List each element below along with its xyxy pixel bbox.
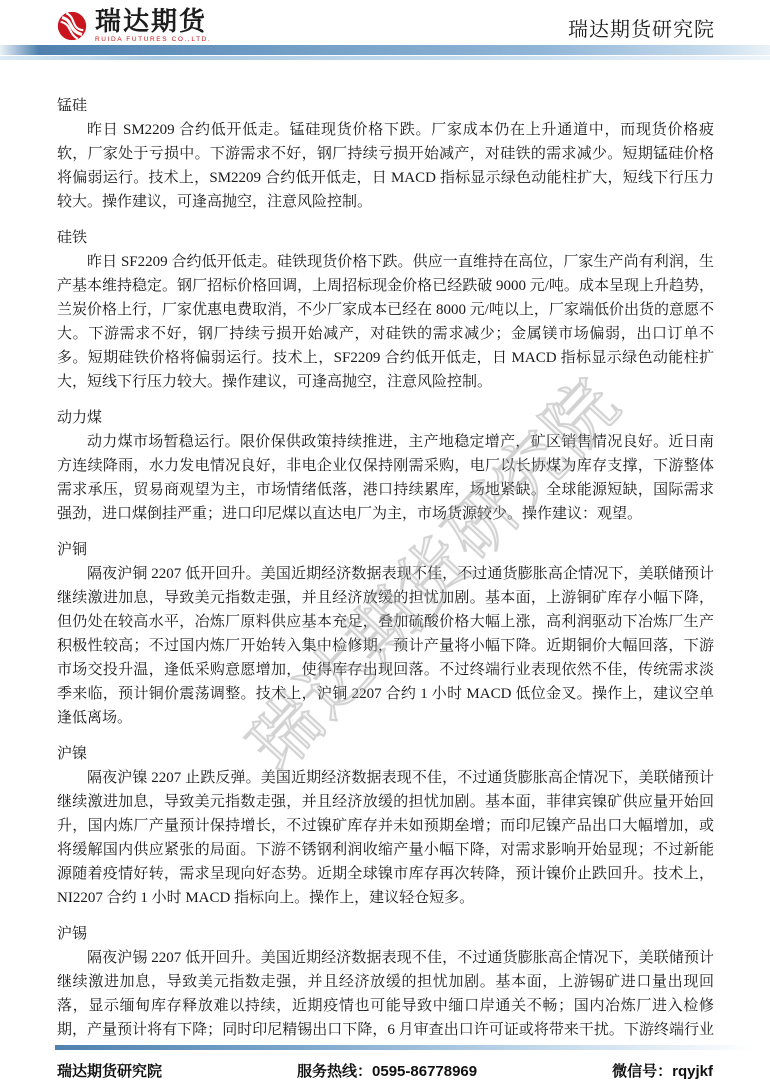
report-header: 瑞达期货 RUIDA FUTURES CO.,LTD. 瑞达期货研究院 [0,0,770,45]
section-paragraph: 隔夜沪铜 2207 低开回升。美国近期经济数据表现不佳，不过通货膨胀高企情况下，… [57,562,714,730]
section-heading: 沪铜 [57,538,714,562]
section-manganese-silicon: 锰硅 昨日 SM2209 合约低开低走。锰硅现货价格下跌。厂家成本仍在上升通道中… [57,94,714,214]
header-divider-main-band [0,45,770,55]
section-heading: 动力煤 [57,406,714,430]
section-paragraph: 昨日 SF2209 合约低开低走。硅铁现货价格下跌。供应一直维持在高位，厂家生产… [57,250,714,394]
footer-hotline-number: 0595-86778969 [372,1063,477,1080]
brand-text-block: 瑞达期货 RUIDA FUTURES CO.,LTD. [95,8,211,43]
report-footer: 瑞达期货研究院 服务热线：0595-86778969 微信号：rqyjkf [0,1045,770,1089]
footer-wechat-id: rqyjkf [672,1063,713,1080]
brand-subtitle: RUIDA FUTURES CO.,LTD. [95,36,211,43]
section-shanghai-nickel: 沪镍 隔夜沪镍 2207 止跌反弹。美国近期经济数据表现不佳，不过通货膨胀高企情… [57,742,714,910]
brand-logo: 瑞达期货 RUIDA FUTURES CO.,LTD. [55,8,211,43]
footer-wechat: 微信号：rqyjkf [612,1060,713,1081]
section-heading: 硅铁 [57,226,714,250]
footer-row: 瑞达期货研究院 服务热线：0595-86778969 微信号：rqyjkf [0,1050,770,1081]
section-paragraph: 昨日 SM2209 合约低开低走。锰硅现货价格下跌。厂家成本仍在上升通道中，而现… [57,118,714,214]
footer-hotline-label: 服务热线： [297,1063,372,1080]
section-paragraph: 隔夜沪镍 2207 止跌反弹。美国近期经济数据表现不佳，不过通货膨胀高企情况下，… [57,766,714,910]
brand-name: 瑞达期货 [95,8,211,34]
section-thermal-coal: 动力煤 动力煤市场暂稳运行。限价保供政策持续推进，主产地稳定增产，矿区销售情况良… [57,406,714,526]
report-body: 锰硅 昨日 SM2209 合约低开低走。锰硅现货价格下跌。厂家成本仍在上升通道中… [0,60,770,1089]
section-heading: 锰硅 [57,94,714,118]
section-paragraph: 动力煤市场暂稳运行。限价保供政策持续推进，主产地稳定增产，矿区销售情况良好。近日… [57,430,714,526]
footer-institute: 瑞达期货研究院 [57,1060,162,1081]
ruida-logo-icon [55,9,89,43]
section-heading: 沪镍 [57,742,714,766]
section-heading: 沪锡 [57,922,714,946]
section-shanghai-copper: 沪铜 隔夜沪铜 2207 低开回升。美国近期经济数据表现不佳，不过通货膨胀高企情… [57,538,714,730]
footer-hotline: 服务热线：0595-86778969 [297,1060,477,1081]
footer-wechat-label: 微信号： [612,1063,672,1080]
page-title: 瑞达期货研究院 [568,13,715,43]
header-divider [0,45,770,60]
report-page: 瑞达期货 RUIDA FUTURES CO.,LTD. 瑞达期货研究院 瑞达期货… [0,0,770,1089]
section-ferrosilicon: 硅铁 昨日 SF2209 合约低开低走。硅铁现货价格下跌。供应一直维持在高位，厂… [57,226,714,394]
